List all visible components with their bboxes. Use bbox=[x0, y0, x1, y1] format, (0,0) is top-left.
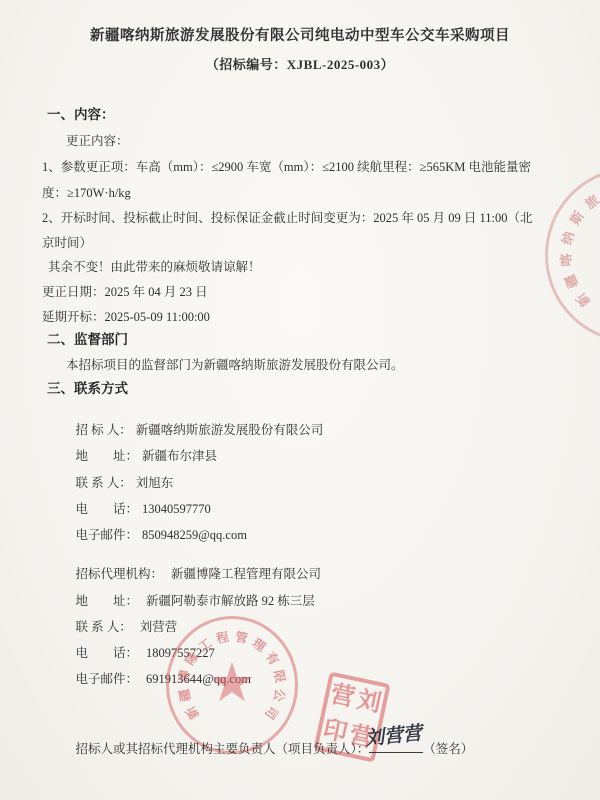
correction-item1-line1: 1、参数更正项：车高（mm）：≤2900 车宽（mm）：≤2100 续航里程：≥… bbox=[42, 160, 531, 176]
scanned-document-page: 新疆喀纳斯旅游发展股份有限公司纯电动中型车公交车采购项目 （招标编号：XJBL-… bbox=[0, 0, 600, 800]
bidder-email-value: 850948259@qq.com bbox=[142, 528, 247, 542]
section2-heading: 二、监督部门 bbox=[47, 332, 128, 349]
correction-intro: 更正内容： bbox=[66, 134, 129, 150]
agency-email-label: 电子邮件： bbox=[76, 672, 139, 688]
responsible-person-line: 招标人或其招标代理机构主要负责人（项目负责人）：刘营营（签名） bbox=[63, 721, 473, 773]
correction-date: 更正日期：2025 年 04 月 23 日 bbox=[42, 285, 208, 301]
signature-underline: 刘营营 bbox=[369, 737, 423, 753]
signature-line-prefix: 招标人或其招标代理机构主要负责人（项目负责人）： bbox=[76, 742, 370, 756]
bidder-company-round-seal: 新疆喀纳斯旅游发展股份有限公司 bbox=[545, 167, 600, 343]
seal-char: 营 bbox=[328, 682, 356, 710]
correction-item1-line2: 度：≥170W·h/kg bbox=[42, 186, 131, 202]
document-title: 新疆喀纳斯旅游发展股份有限公司纯电动中型车公交车采购项目 bbox=[0, 27, 600, 45]
signature-line-suffix: （签名） bbox=[423, 742, 473, 756]
agency-email-value: 691913644@qq.com bbox=[146, 672, 251, 686]
correction-item2-line1: 2、开标时间、投标截止时间、投标保证金截止时间变更为：2025 年 05 月 0… bbox=[42, 211, 533, 227]
bidder-email-label: 电子邮件： bbox=[76, 528, 139, 544]
apology-note: 其余不变！由此带来的麻烦敬请谅解！ bbox=[48, 260, 261, 276]
postponed-opening: 延期开标：2025-05-09 11:00:00 bbox=[42, 310, 210, 326]
agency-email-row: 电子邮件：691913644@qq.com bbox=[63, 656, 251, 703]
section3-heading: 三、联系方式 bbox=[47, 381, 128, 398]
supervision-body: 本招标项目的监督部门为新疆喀纳斯旅游发展股份有限公司。 bbox=[66, 358, 404, 374]
correction-item2-line2: 京时间） bbox=[42, 236, 92, 252]
handwritten-signature: 刘营营 bbox=[364, 722, 423, 752]
section1-heading: 一、内容： bbox=[47, 107, 115, 124]
seal-char: 刘 bbox=[355, 688, 383, 716]
tender-number: （招标编号：XJBL-2025-003） bbox=[0, 57, 600, 73]
